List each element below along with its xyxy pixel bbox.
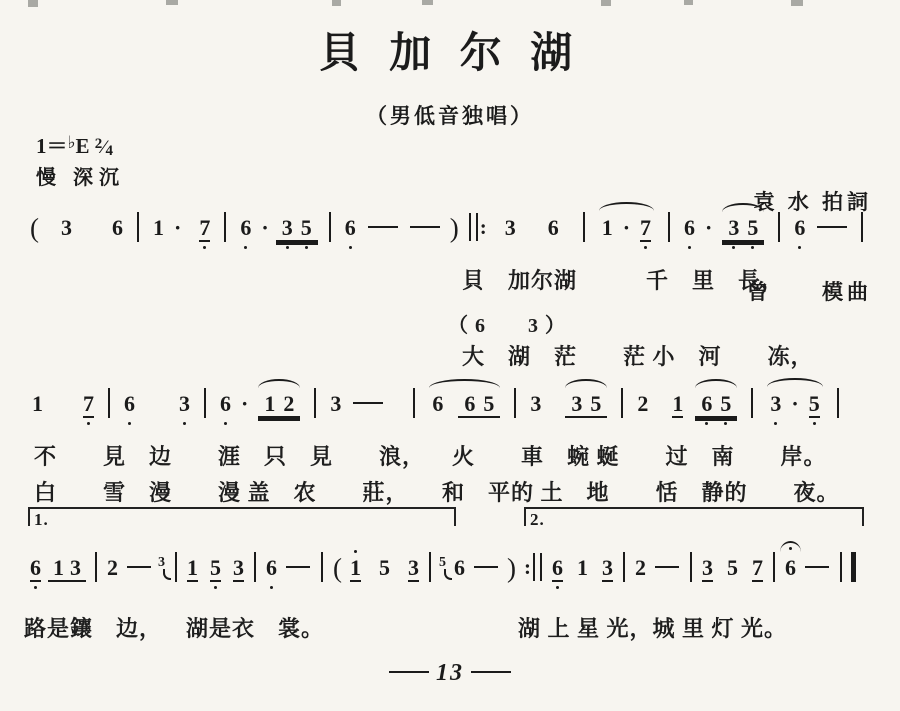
note: 6 [548, 216, 559, 240]
note: 3 [530, 392, 541, 416]
parenthesis: ) [450, 213, 459, 243]
song-title: 貝 加 尔 湖 [0, 20, 900, 80]
voice-type-subtitle: （男低音独唱） [0, 100, 900, 130]
slur-group: 3·5 [763, 391, 826, 418]
final-barline [840, 552, 856, 582]
scan-artifact [332, 0, 341, 6]
key-letter: E [76, 134, 90, 158]
barline [314, 388, 316, 418]
note: 2 [635, 556, 646, 580]
parenthesis: ( [30, 213, 39, 243]
note: 3 [602, 556, 613, 582]
duration-dash [817, 226, 847, 228]
barline [429, 552, 431, 582]
beamed-note-group: 65 [458, 392, 500, 418]
note: 5 [379, 556, 390, 580]
barline [751, 388, 753, 418]
note: 7 [752, 556, 763, 582]
lyric-line-verse2-b-right: 和 平的 土 地 恬 静的 夜。 [442, 476, 840, 507]
duration-dash [474, 566, 498, 568]
slur-group: 1·7 [595, 215, 658, 242]
barline [837, 388, 839, 418]
music-line-3: 613231536(15356):61323576 [26, 552, 862, 592]
beamed-note-group: 65 [695, 392, 737, 418]
note: 3 [233, 556, 244, 582]
barline [583, 212, 585, 242]
slur-group: 12 [254, 392, 304, 418]
note: 1 [187, 556, 198, 582]
beamed-note-group: 12 [258, 392, 300, 418]
augmentation-dot: · [261, 215, 268, 240]
duration-dash [127, 566, 151, 568]
barline [668, 212, 670, 242]
lyric-line-verse1-a: 貝 加尔湖 千 里 長， [462, 264, 784, 295]
augmentation-dot: · [705, 215, 712, 240]
note: 6 [240, 216, 251, 240]
scan-artifact [28, 0, 38, 7]
slur-group: 35 [718, 216, 768, 242]
scan-artifact [601, 0, 611, 6]
barline [329, 212, 331, 242]
page-number-dash-left [389, 671, 429, 673]
key-signature: 1＝♭E 2⁄4 [36, 130, 113, 160]
note: 6 [432, 392, 443, 416]
duration-dash [368, 226, 398, 228]
note: 6 [684, 216, 695, 240]
note: 3 [70, 556, 81, 580]
music-line-1: (361·76·356):361·76·356 [26, 212, 871, 252]
note: 5 [590, 392, 601, 416]
note: 7 [640, 216, 651, 242]
barline [175, 552, 177, 582]
slur-group: 665 [425, 392, 504, 418]
note: 5 [720, 392, 731, 416]
barline [95, 552, 97, 582]
note: 3 [330, 392, 341, 416]
page-number-row: 13 [0, 660, 900, 687]
barline [778, 212, 780, 242]
beamed-note-group: 35 [722, 216, 764, 242]
note: 6 [124, 392, 135, 416]
note: 5 [727, 556, 738, 580]
scan-artifact [684, 0, 693, 5]
duration-dash [805, 566, 829, 568]
note: 1 [53, 556, 64, 580]
barline [861, 212, 863, 242]
note: 7 [199, 216, 210, 242]
note: 5 [301, 216, 312, 240]
note: 6 [112, 216, 123, 240]
lyric-line-ending1-right: 湖是衣 裳。 [186, 612, 324, 643]
note: 3 [770, 392, 781, 416]
barline [137, 212, 139, 242]
repeat-open-sign: : [467, 213, 487, 241]
augmentation-dot: · [241, 391, 248, 416]
lyric-line-verse1-b-right: 火 車 蜿 蜒 过 南 岸。 [452, 440, 827, 471]
note: 2 [283, 392, 294, 416]
meter-denominator: 4 [105, 143, 113, 159]
volta-2-bracket: 2. [524, 507, 864, 526]
note: 1 [672, 392, 683, 418]
note: 6 [30, 556, 41, 582]
beamed-note-group: 13 [48, 556, 86, 582]
note: 1 [153, 216, 164, 240]
volta-1-label: 1. [34, 510, 49, 530]
barline [321, 552, 323, 582]
lyric-line-ending2: 湖 上 星 光，城 里 灯 光。 [518, 612, 787, 643]
key-tonic: 1＝ [36, 134, 68, 158]
note: 6 [345, 216, 356, 240]
barline [204, 388, 206, 418]
note: 3 [282, 216, 293, 240]
music-line-2: 17636·12366533521653·5 [26, 388, 847, 428]
repeat-close-sign: : [524, 553, 544, 581]
page-number-dash-right [471, 671, 511, 673]
note: 6 [266, 556, 277, 580]
note: 5 [809, 392, 820, 418]
beamed-note-group: 35 [565, 392, 607, 418]
augmentation-dot: · [174, 215, 181, 240]
note: 7 [83, 392, 94, 418]
scan-artifact [791, 0, 803, 6]
lyric-line-verse2-a: 大 湖 茫 茫 小 河 冻， [462, 340, 814, 371]
note: 1 [350, 556, 361, 582]
pickup-notes-verse2: （ 6 3 ） [448, 309, 566, 338]
note: 1 [264, 392, 275, 416]
note: 6 [794, 216, 805, 240]
grace-note: 5 [439, 555, 446, 571]
lyric-line-verse2-b-left: 白 雪 漫 漫 盖 农 莊， [34, 476, 409, 507]
duration-dash [655, 566, 679, 568]
note: 1 [577, 556, 588, 580]
augmentation-dot: · [791, 391, 798, 416]
note: 6 [220, 392, 231, 416]
note: 6 [454, 556, 465, 580]
note: 1 [602, 216, 613, 240]
scan-artifact [166, 0, 178, 5]
note: 3 [505, 216, 516, 240]
volta-1-bracket: 1. [28, 507, 456, 526]
note: 6 [701, 392, 712, 416]
note: 3 [571, 392, 582, 416]
parenthesis: ) [507, 553, 516, 583]
barline [621, 388, 623, 418]
duration-dash [286, 566, 310, 568]
barline [514, 388, 516, 418]
tempo-marking: 慢 深沉 [36, 161, 125, 190]
lyric-line-ending1-left: 路是鑲 边， [24, 612, 162, 643]
note: 3 [408, 556, 419, 582]
duration-dash [410, 226, 440, 228]
augmentation-dot: · [623, 215, 630, 240]
note: 3 [702, 556, 713, 582]
duration-dash [353, 402, 383, 404]
beamed-note-group: 35 [276, 216, 318, 242]
page-number: 13 [436, 660, 464, 686]
note: 2 [107, 556, 118, 580]
barline [224, 212, 226, 242]
flat-sign: ♭ [68, 133, 76, 152]
barline [254, 552, 256, 582]
note: 5 [747, 216, 758, 240]
note: 6 [464, 392, 475, 416]
lyric-line-verse1-b-left: 不 見 边 涯 只 見 浪， [34, 440, 425, 471]
note: 6 [785, 556, 796, 580]
note: 5 [210, 556, 221, 582]
note: 2 [637, 392, 648, 416]
note: 3 [61, 216, 72, 240]
slur-group: 35 [561, 392, 611, 418]
barline [690, 552, 692, 582]
scan-artifact [422, 0, 433, 5]
note: 3 [728, 216, 739, 240]
barline [413, 388, 415, 418]
parenthesis: ( [333, 553, 342, 583]
slur-group: 65 [691, 392, 741, 418]
barline [108, 388, 110, 418]
note: 6 [552, 556, 563, 582]
note: 5 [483, 392, 494, 416]
volta-2-label: 2. [530, 510, 545, 530]
sheet-music-page: 貝 加 尔 湖 （男低音独唱） 1＝♭E 2⁄4 慢 深沉 袁 水 拍詞 曾 模… [0, 0, 900, 711]
note: 3 [179, 392, 190, 416]
barline [623, 552, 625, 582]
barline [773, 552, 775, 582]
note: 1 [32, 392, 43, 416]
grace-note: 3 [158, 555, 165, 571]
